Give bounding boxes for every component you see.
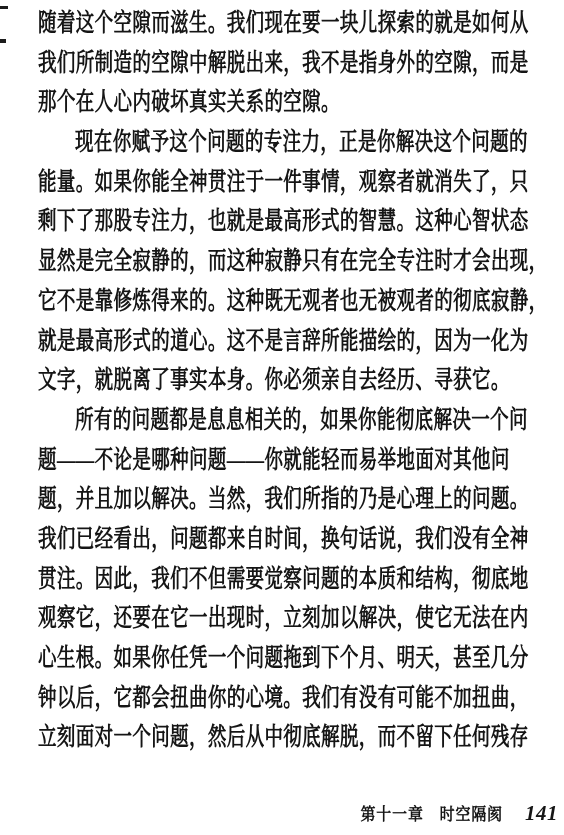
text-line: 它不是靠修炼得来的。这种既无观者也无被观者的彻底寂静， <box>38 282 423 322</box>
text-line: 钟以后，它都会扭曲你的心境。我们有没有可能不加扭曲， <box>38 679 423 719</box>
scan-artifact <box>0 6 8 9</box>
text-line: 现在你赋予这个问题的专注力，正是你解决这个问题的 <box>38 123 423 163</box>
page-number: 141 <box>525 801 558 826</box>
text-line: 剩下了那股专注力，也就是最高形式的智慧。这种心智状态 <box>38 202 423 242</box>
scan-artifact <box>0 39 6 43</box>
text-line: 立刻面对一个问题，然后从中彻底解脱，而不留下任何残存 <box>38 718 423 758</box>
text-line: 贯注。因此，我们不但需要觉察问题的本质和结构，彻底地 <box>38 560 423 600</box>
text-line: 就是最高形式的道心。这不是言辞所能描绘的，因为一化为 <box>38 322 423 362</box>
text-line: 观察它，还要在它一出现时，立刻加以解决，使它无法在内 <box>38 599 423 639</box>
text-line: 文字，就脱离了事实本身。你必须亲自去经历、寻获它。 <box>38 361 423 401</box>
text-line: 题，并且加以解决。当然，我们所指的乃是心理上的问题。 <box>38 480 423 520</box>
page-footer: 第十一章 时空隔阂 141 <box>341 800 558 826</box>
text-line: 随着这个空隙而滋生。我们现在要一块儿探索的就是如何从 <box>38 4 423 44</box>
text-line: 我们已经看出，问题都来自时间，换句话说，我们没有全神 <box>38 520 423 560</box>
body-text: 随着这个空隙而滋生。我们现在要一块儿探索的就是如何从 我们所制造的空隙中解脱出来… <box>38 4 558 758</box>
chapter-title: 第十一章 时空隔阂 <box>360 800 503 825</box>
text-line: 能量。如果你能全神贯注于一件事情，观察者就消失了，只 <box>38 163 423 203</box>
text-line: 那个在人心内破坏真实关系的空隙。 <box>38 83 423 123</box>
text-line: 题——不论是哪种问题——你就能轻而易举地面对其他问 <box>38 441 423 481</box>
text-line: 心生根。如果你任凭一个问题拖到下个月、明天，甚至几分 <box>38 639 423 679</box>
book-page: 随着这个空隙而滋生。我们现在要一块儿探索的就是如何从 我们所制造的空隙中解脱出来… <box>0 0 564 835</box>
text-line: 所有的问题都是息息相关的，如果你能彻底解决一个问 <box>38 401 423 441</box>
text-line: 我们所制造的空隙中解脱出来，我不是指身外的空隙，而是 <box>38 44 423 84</box>
text-line: 显然是完全寂静的，而这种寂静只有在完全专注时才会出现， <box>38 242 423 282</box>
